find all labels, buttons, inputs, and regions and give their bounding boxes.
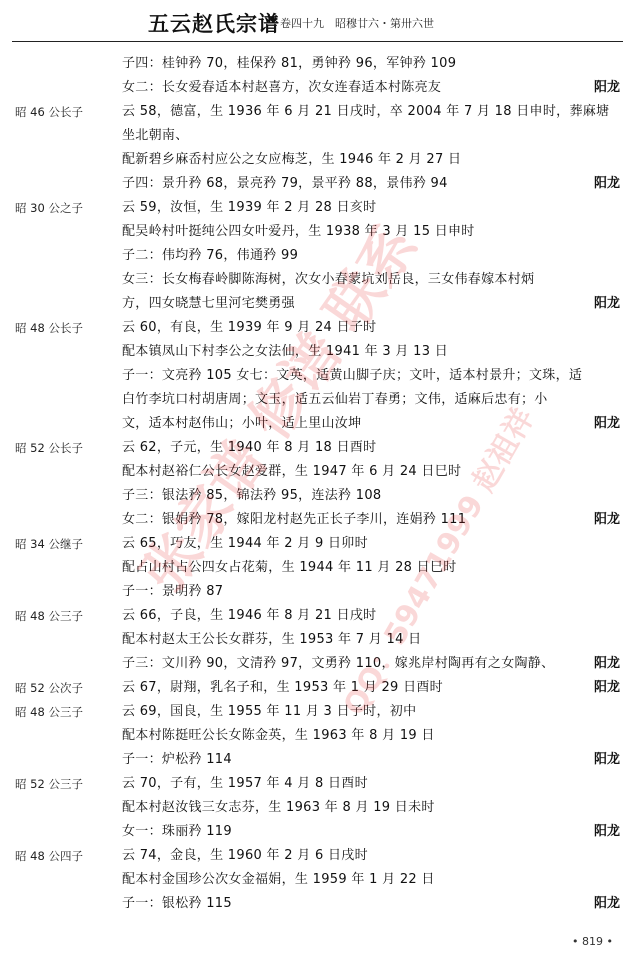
entry-text: 方，四女晓慧七里河宅樊勇强 — [122, 292, 295, 316]
residence-place: 阳龙 — [594, 172, 620, 196]
genealogy-line: 子四：桂钟矜 70，桂保矜 81，勇钟矜 96，军钟矜 109 — [0, 52, 635, 76]
entry-text: 白竹李坑口村胡唐周；文玉，适五云仙岩丁春勇；文伟，适麻后忠有；小 — [122, 388, 548, 412]
entry-text: 配本镇凤山下村李公之女法仙，生 1941 年 3 月 13 日 — [122, 340, 448, 364]
lineage-label: 昭 48 公三子 — [15, 604, 83, 628]
residence-place: 阳龙 — [594, 292, 620, 316]
entry-text: 云 74，金良，生 1960 年 2 月 6 日戌时 — [122, 844, 368, 868]
entry-text: 子三：银法矜 85，锦法矜 95，连法矜 108 — [122, 484, 382, 508]
lineage-label: 昭 52 公三子 — [15, 772, 83, 796]
lineage-label: 昭 34 公继子 — [15, 532, 83, 556]
entry-text: 坐北朝南、 — [122, 124, 189, 148]
genealogy-line: 配本镇凤山下村李公之女法仙，生 1941 年 3 月 13 日 — [0, 340, 635, 364]
entry-text: 女一：珠丽矜 119 — [122, 820, 232, 844]
genealogy-line: 子一：景明矜 87 — [0, 580, 635, 604]
genealogy-line: 子一：文亮矜 105 女七：文英，适黄山脚子庆；文叶，适本村景升；文珠，适 — [0, 364, 635, 388]
genealogy-line: 子三：文川矜 90，文清矜 97，文勇矜 110，嫁兆岸村陶再有之女陶静、阳龙 — [0, 652, 635, 676]
entry-text: 云 58，德富，生 1936 年 6 月 21 日戌时，卒 2004 年 7 月… — [122, 100, 609, 124]
entry-text: 配本村赵裕仁公长女赵爱群，生 1947 年 6 月 24 日巳时 — [122, 460, 461, 484]
genealogy-line: 女三：长女梅春岭脚陈海树，次女小春蒙坑刘岳良，三女伟春嫁本村炳 — [0, 268, 635, 292]
lineage-label: 昭 46 公长子 — [15, 100, 83, 124]
entry-text: 云 69，国良，生 1955 年 11 月 3 日子时，初中 — [122, 700, 416, 724]
entry-text: 云 70，子有，生 1957 年 4 月 8 日酉时 — [122, 772, 368, 796]
genealogy-line: 配本村陈挺旺公长女陈金英，生 1963 年 8 月 19 日 — [0, 724, 635, 748]
volume-subtitle: 卷四十九 昭穆廿六・第卅六世 — [280, 15, 434, 31]
genealogy-line: 配吴岭村叶挺纯公四女叶爱丹，生 1938 年 3 月 15 日申时 — [0, 220, 635, 244]
residence-place: 阳龙 — [594, 652, 620, 676]
residence-place: 阳龙 — [594, 76, 620, 100]
genealogy-line: 子一：银松矜 115阳龙 — [0, 892, 635, 916]
genealogy-line: 配本村赵太王公长女群芬，生 1953 年 7 月 14 日 — [0, 628, 635, 652]
entry-text: 配本村赵汝钱三女志芬，生 1963 年 8 月 19 日未时 — [122, 796, 435, 820]
genealogy-line: 昭 52 公三子云 70，子有，生 1957 年 4 月 8 日酉时 — [0, 772, 635, 796]
entry-text: 女二：长女爱春适本村赵喜方，次女连春适本村陈亮友 — [122, 76, 441, 100]
entry-text: 女三：长女梅春岭脚陈海树，次女小春蒙坑刘岳良，三女伟春嫁本村炳 — [122, 268, 534, 292]
entry-text: 云 65，巧友，生 1944 年 2 月 9 日卯时 — [122, 532, 368, 556]
book-title: 五云赵氏宗谱 — [148, 8, 280, 38]
residence-place: 阳龙 — [594, 820, 620, 844]
page-number: • 819 • — [572, 935, 613, 948]
genealogy-line: 昭 48 公长子云 60，有良，生 1939 年 9 月 24 日子时 — [0, 316, 635, 340]
entry-text: 子一：银松矜 115 — [122, 892, 232, 916]
genealogy-line: 文，适本村赵伟山；小叶，适上里山汝坤阳龙 — [0, 412, 635, 436]
genealogy-line: 白竹李坑口村胡唐周；文玉，适五云仙岩丁春勇；文伟，适麻后忠有；小 — [0, 388, 635, 412]
genealogy-line: 配本村赵裕仁公长女赵爱群，生 1947 年 6 月 24 日巳时 — [0, 460, 635, 484]
entry-text: 云 59，汝恒，生 1939 年 2 月 28 日亥时 — [122, 196, 376, 220]
genealogy-line: 女二：长女爱春适本村赵喜方，次女连春适本村陈亮友阳龙 — [0, 76, 635, 100]
genealogy-line: 女二：银娟矜 78，嫁阳龙村赵先正长子李川，连娟矜 111阳龙 — [0, 508, 635, 532]
entry-text: 云 60，有良，生 1939 年 9 月 24 日子时 — [122, 316, 376, 340]
genealogy-line: 昭 52 公次子云 67，尉翔，乳名子和，生 1953 年 1 月 29 日酉时… — [0, 676, 635, 700]
lineage-label: 昭 30 公之子 — [15, 196, 83, 220]
lineage-label: 昭 48 公三子 — [15, 700, 83, 724]
entry-text: 子三：文川矜 90，文清矜 97，文勇矜 110，嫁兆岸村陶再有之女陶静、 — [122, 652, 554, 676]
residence-place: 阳龙 — [594, 676, 620, 700]
residence-place: 阳龙 — [594, 508, 620, 532]
residence-place: 阳龙 — [594, 412, 620, 436]
genealogy-line: 昭 52 公长子云 62，子元，生 1940 年 8 月 18 日酉时 — [0, 436, 635, 460]
lineage-label: 昭 52 公次子 — [15, 676, 83, 700]
lineage-label: 昭 48 公长子 — [15, 316, 83, 340]
entry-text: 配占山村占公四女占花菊，生 1944 年 11 月 28 日巳时 — [122, 556, 457, 580]
genealogy-body: 子四：桂钟矜 70，桂保矜 81，勇钟矜 96，军钟矜 109女二：长女爱春适本… — [0, 52, 635, 916]
residence-place: 阳龙 — [594, 892, 620, 916]
page-header: 五云赵氏宗谱 • 卷四十九 昭穆廿六・第卅六世 — [0, 0, 635, 40]
entry-text: 子二：伟均矜 76，伟通矜 99 — [122, 244, 298, 268]
genealogy-line: 配本村金国珍公次女金福娟，生 1959 年 1 月 22 日 — [0, 868, 635, 892]
entry-text: 配本村赵太王公长女群芬，生 1953 年 7 月 14 日 — [122, 628, 421, 652]
lineage-label: 昭 52 公长子 — [15, 436, 83, 460]
genealogy-line: 子四：景升矜 68，景亮矜 79，景平矜 88，景伟矜 94阳龙 — [0, 172, 635, 196]
genealogy-line: 昭 30 公之子云 59，汝恒，生 1939 年 2 月 28 日亥时 — [0, 196, 635, 220]
entry-text: 云 66，子良，生 1946 年 8 月 21 日戌时 — [122, 604, 376, 628]
entry-text: 女二：银娟矜 78，嫁阳龙村赵先正长子李川，连娟矜 111 — [122, 508, 466, 532]
genealogy-line: 昭 46 公长子云 58，德富，生 1936 年 6 月 21 日戌时，卒 20… — [0, 100, 635, 124]
genealogy-line: 配新碧乡麻岙村应公之女应梅芝，生 1946 年 2 月 27 日 — [0, 148, 635, 172]
entry-text: 子一：景明矜 87 — [122, 580, 223, 604]
entry-text: 配本村陈挺旺公长女陈金英，生 1963 年 8 月 19 日 — [122, 724, 435, 748]
genealogy-line: 昭 34 公继子云 65，巧友，生 1944 年 2 月 9 日卯时 — [0, 532, 635, 556]
entry-text: 文，适本村赵伟山；小叶，适上里山汝坤 — [122, 412, 361, 436]
genealogy-line: 子一：炉松矜 114阳龙 — [0, 748, 635, 772]
genealogy-line: 配占山村占公四女占花菊，生 1944 年 11 月 28 日巳时 — [0, 556, 635, 580]
entry-text: 配吴岭村叶挺纯公四女叶爱丹，生 1938 年 3 月 15 日申时 — [122, 220, 475, 244]
entry-text: 子四：景升矜 68，景亮矜 79，景平矜 88，景伟矜 94 — [122, 172, 448, 196]
entry-text: 云 67，尉翔，乳名子和，生 1953 年 1 月 29 日酉时 — [122, 676, 443, 700]
residence-place: 阳龙 — [594, 748, 620, 772]
entry-text: 子一：文亮矜 105 女七：文英，适黄山脚子庆；文叶，适本村景升；文珠，适 — [122, 364, 582, 388]
genealogy-line: 昭 48 公四子云 74，金良，生 1960 年 2 月 6 日戌时 — [0, 844, 635, 868]
entry-text: 子一：炉松矜 114 — [122, 748, 232, 772]
entry-text: 子四：桂钟矜 70，桂保矜 81，勇钟矜 96，军钟矜 109 — [122, 52, 456, 76]
genealogy-line: 配本村赵汝钱三女志芬，生 1963 年 8 月 19 日未时 — [0, 796, 635, 820]
entry-text: 云 62，子元，生 1940 年 8 月 18 日酉时 — [122, 436, 376, 460]
genealogy-line: 女一：珠丽矜 119阳龙 — [0, 820, 635, 844]
title-separator-dot: • — [268, 12, 277, 28]
genealogy-line: 昭 48 公三子云 66，子良，生 1946 年 8 月 21 日戌时 — [0, 604, 635, 628]
entry-text: 配本村金国珍公次女金福娟，生 1959 年 1 月 22 日 — [122, 868, 435, 892]
genealogy-line: 子三：银法矜 85，锦法矜 95，连法矜 108 — [0, 484, 635, 508]
genealogy-line: 子二：伟均矜 76，伟通矜 99 — [0, 244, 635, 268]
lineage-label: 昭 48 公四子 — [15, 844, 83, 868]
genealogy-line: 昭 48 公三子云 69，国良，生 1955 年 11 月 3 日子时，初中 — [0, 700, 635, 724]
genealogy-line: 方，四女晓慧七里河宅樊勇强阳龙 — [0, 292, 635, 316]
entry-text: 配新碧乡麻岙村应公之女应梅芝，生 1946 年 2 月 27 日 — [122, 148, 461, 172]
genealogy-line: 坐北朝南、 — [0, 124, 635, 148]
header-rule — [12, 41, 623, 42]
